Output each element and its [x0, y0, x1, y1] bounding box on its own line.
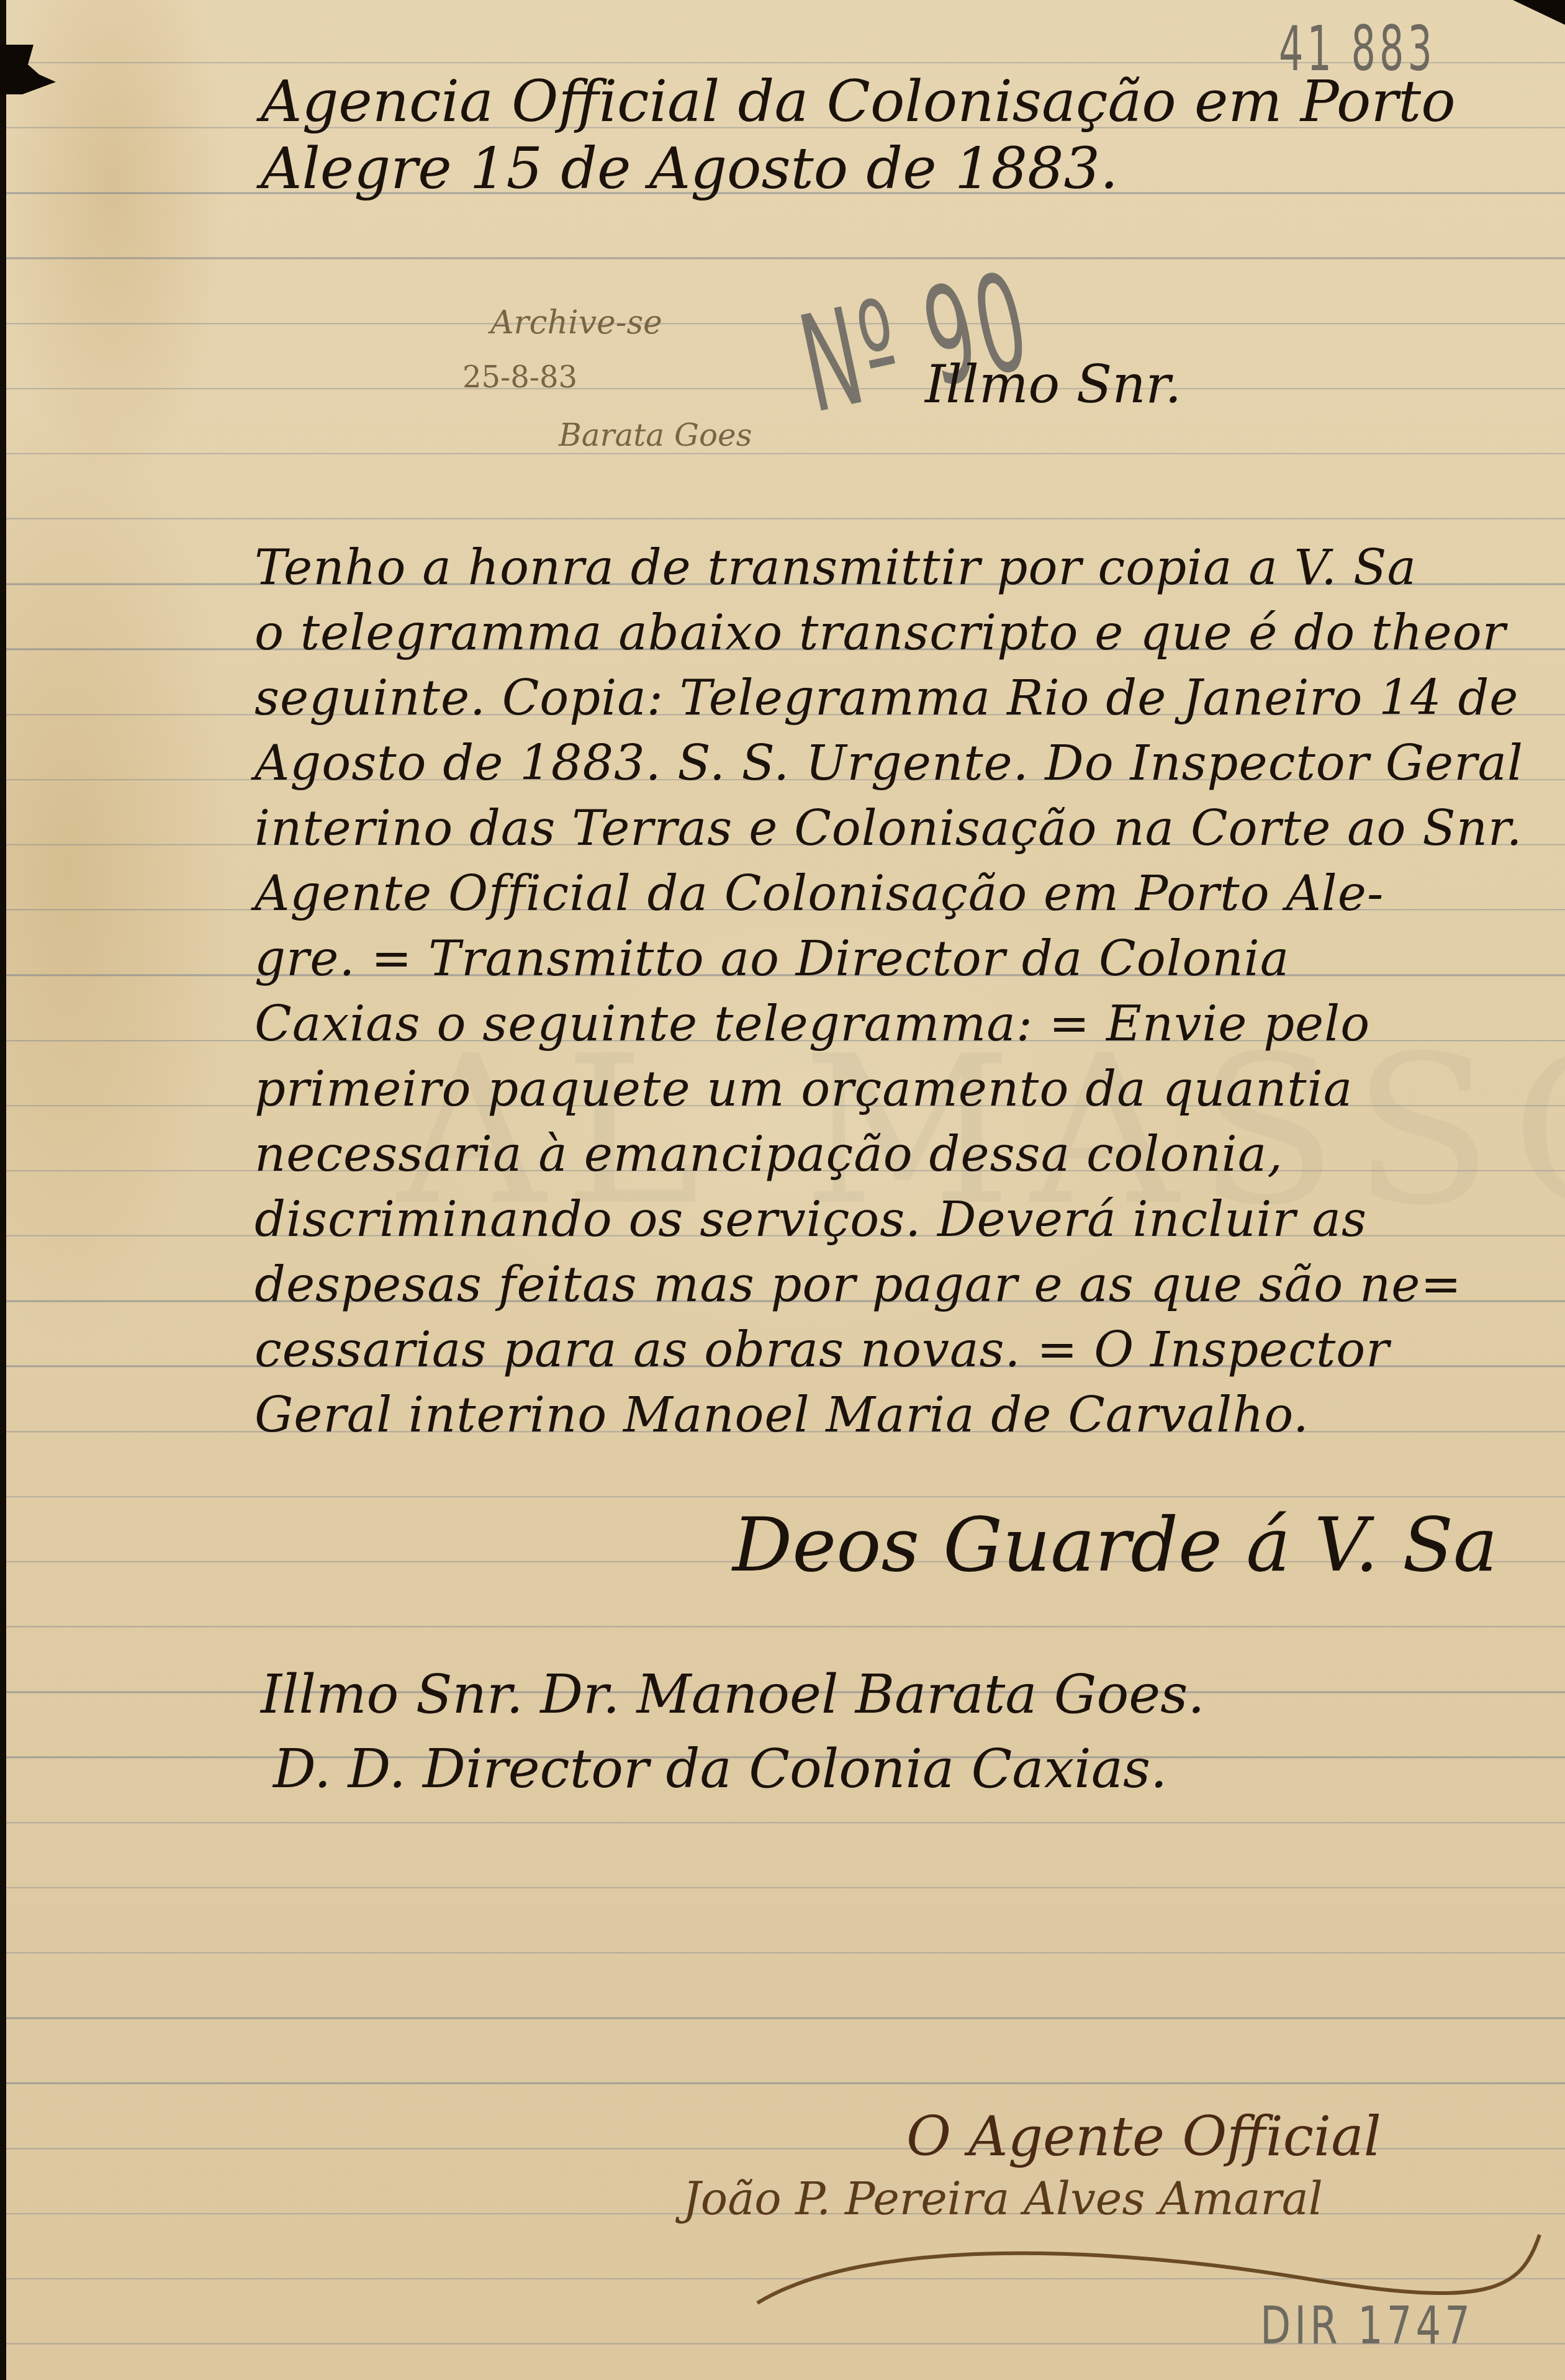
signatory-title: O Agente Official — [906, 2104, 1381, 2168]
archive-number-bottom: DIR 1747 — [1260, 2297, 1474, 2356]
margin-note-signature: Barata Goes — [559, 417, 752, 453]
body-line: Tenho a honra de transmittir por copia a… — [255, 540, 1417, 596]
body-line: discriminando os serviços. Deverá inclui… — [255, 1192, 1367, 1248]
page-left-edge — [0, 0, 6, 2380]
body-line: despesas feitas mas por pagar e as que s… — [255, 1257, 1462, 1313]
body-line: Agosto de 1883. S. S. Urgente. Do Inspec… — [255, 736, 1523, 791]
addressee-line-2: D. D. Director da Colonia Caxias. — [273, 1738, 1167, 1800]
body-line: seguinte. Copia: Telegramma Rio de Janei… — [255, 670, 1519, 726]
body-line: necessaria à emancipação dessa colonia, — [255, 1127, 1283, 1183]
body-line: interino das Terras e Colonisação na Cor… — [255, 801, 1523, 857]
margin-note-archive: Archive-se — [490, 304, 662, 341]
letter-heading-line-1: Agencia Official da Colonisação em Porto — [261, 68, 1456, 135]
closing-formula: Deos Guarde á V. Sa — [733, 1502, 1498, 1589]
signatory-name: João P. Pereira Alves Amaral — [683, 2173, 1323, 2225]
salutation: Illmo Snr. — [925, 354, 1181, 415]
signature-flourish-icon — [745, 2222, 1552, 2309]
body-line: Caxias o seguinte telegramma: = Envie pe… — [255, 996, 1370, 1052]
body-line: Agente Official da Colonisação em Porto … — [255, 866, 1384, 922]
body-line: cessarias para as obras novas. = O Inspe… — [255, 1322, 1390, 1378]
letter-page: AL MASSO 41 883 Agencia Official da Colo… — [0, 0, 1565, 2380]
body-line: gre. = Transmitto ao Director da Colonia — [255, 931, 1289, 987]
body-line: Geral interino Manoel Maria de Carvalho. — [255, 1387, 1309, 1443]
body-line: primeiro paquete um orçamento da quantia — [255, 1062, 1353, 1117]
addressee-line-1: Illmo Snr. Dr. Manoel Barata Goes. — [261, 1664, 1205, 1726]
letter-heading-line-2: Alegre 15 de Agosto de 1883. — [261, 135, 1118, 202]
margin-note-date: 25-8-83 — [462, 360, 577, 395]
body-line: o telegramma abaixo transcripto e que é … — [255, 605, 1506, 661]
